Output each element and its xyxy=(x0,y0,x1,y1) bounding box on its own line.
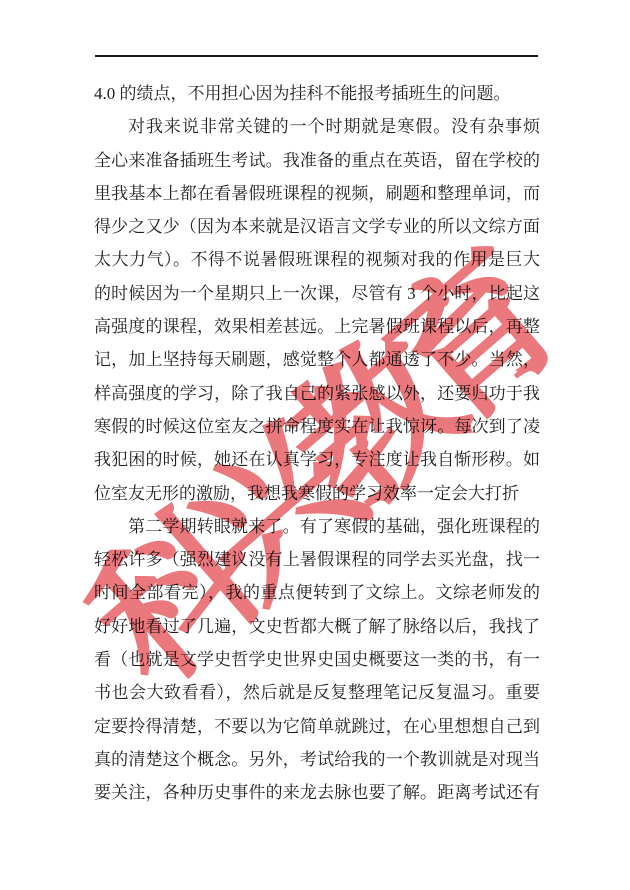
text-line: 4.0 的绩点，不用担心因为挂科不能报考插班生的问题。 xyxy=(94,77,540,110)
text-line: 定要拎得清楚，不要以为它简单就跳过，在心里想想自己到底是不是 xyxy=(94,710,540,743)
text-line: 全心来准备插班生考试。我准备的重点在英语，留在学校的 20 多天 xyxy=(94,144,540,177)
text-line: 看（也就是文学史哲学史世界史国史概要这一类的书，有一些重要的 xyxy=(94,643,540,676)
text-line: 高强度的课程，效果相差甚远。上完暑假班课程以后，再整理整理笔 xyxy=(94,310,540,343)
document-text: 4.0 的绩点，不用担心因为挂科不能报考插班生的问题。对我来说非常关键的一个时期… xyxy=(94,77,540,810)
text-line: 好好地看过了几遍，文史哲都大概了解了脉络以后，我找了一些书来 xyxy=(94,610,540,643)
text-line: 得少之又少（因为本来就是汉语言文学专业的所以文综方面不需要费 xyxy=(94,210,540,243)
text-line: 真的清楚这个概念。另外，考试给我的一个教训就是对现当代历史也 xyxy=(94,743,540,776)
text-line: 要关注，各种历史事件的来龙去脉也要了解。距离考试还有几个月的 xyxy=(94,776,540,809)
header-rule xyxy=(95,55,538,57)
text-line: 位室友无形的激励，我想我寒假的学习效率一定会大打折扣。 xyxy=(94,477,540,510)
text-line: 时间全部看完），我的重点便转到了文综上。文综老师发的教材已经 xyxy=(94,576,540,609)
text-line: 第二学期转眼就来了。有了寒假的基础，强化班课程的内容变得 xyxy=(94,510,540,543)
text-line: 太大力气）。不得不说暑假班课程的视频对我的作用是巨大的。上学 xyxy=(94,243,540,276)
text-line: 记，加上坚持每天刷题，感觉整个人都通透了不少。当然，能坚持这 xyxy=(94,343,540,376)
text-line: 我犯困的时候，她还在认真学习，专注度让我自惭形秽。如果没有这 xyxy=(94,443,540,476)
document-page: 4.0 的绩点，不用担心因为挂科不能报考插班生的问题。对我来说非常关键的一个时期… xyxy=(0,0,630,890)
text-line: 轻松许多（强烈建议没有上暑假课程的同学去买光盘，找一段集中的 xyxy=(94,543,540,576)
text-line: 的时候因为一个星期只上一次课，尽管有 3 个小时，比起这种连续的 xyxy=(94,277,540,310)
text-line: 寒假的时候这位室友之拼命程度实在让我惊讶。每次到了凌晨一两点 xyxy=(94,410,540,443)
text-line: 样高强度的学习，除了我自己的紧张感以外，还要归功于我的室友。 xyxy=(94,377,540,410)
text-line: 对我来说非常关键的一个时期就是寒假。没有杂事烦扰，我可以 xyxy=(94,110,540,143)
text-line: 书也会大致看看），然后就是反复整理笔记反复温习。重要的概念一 xyxy=(94,676,540,709)
text-line: 里我基本上都在看暑假班课程的视频，刷题和整理单词，而文综准备 xyxy=(94,177,540,210)
